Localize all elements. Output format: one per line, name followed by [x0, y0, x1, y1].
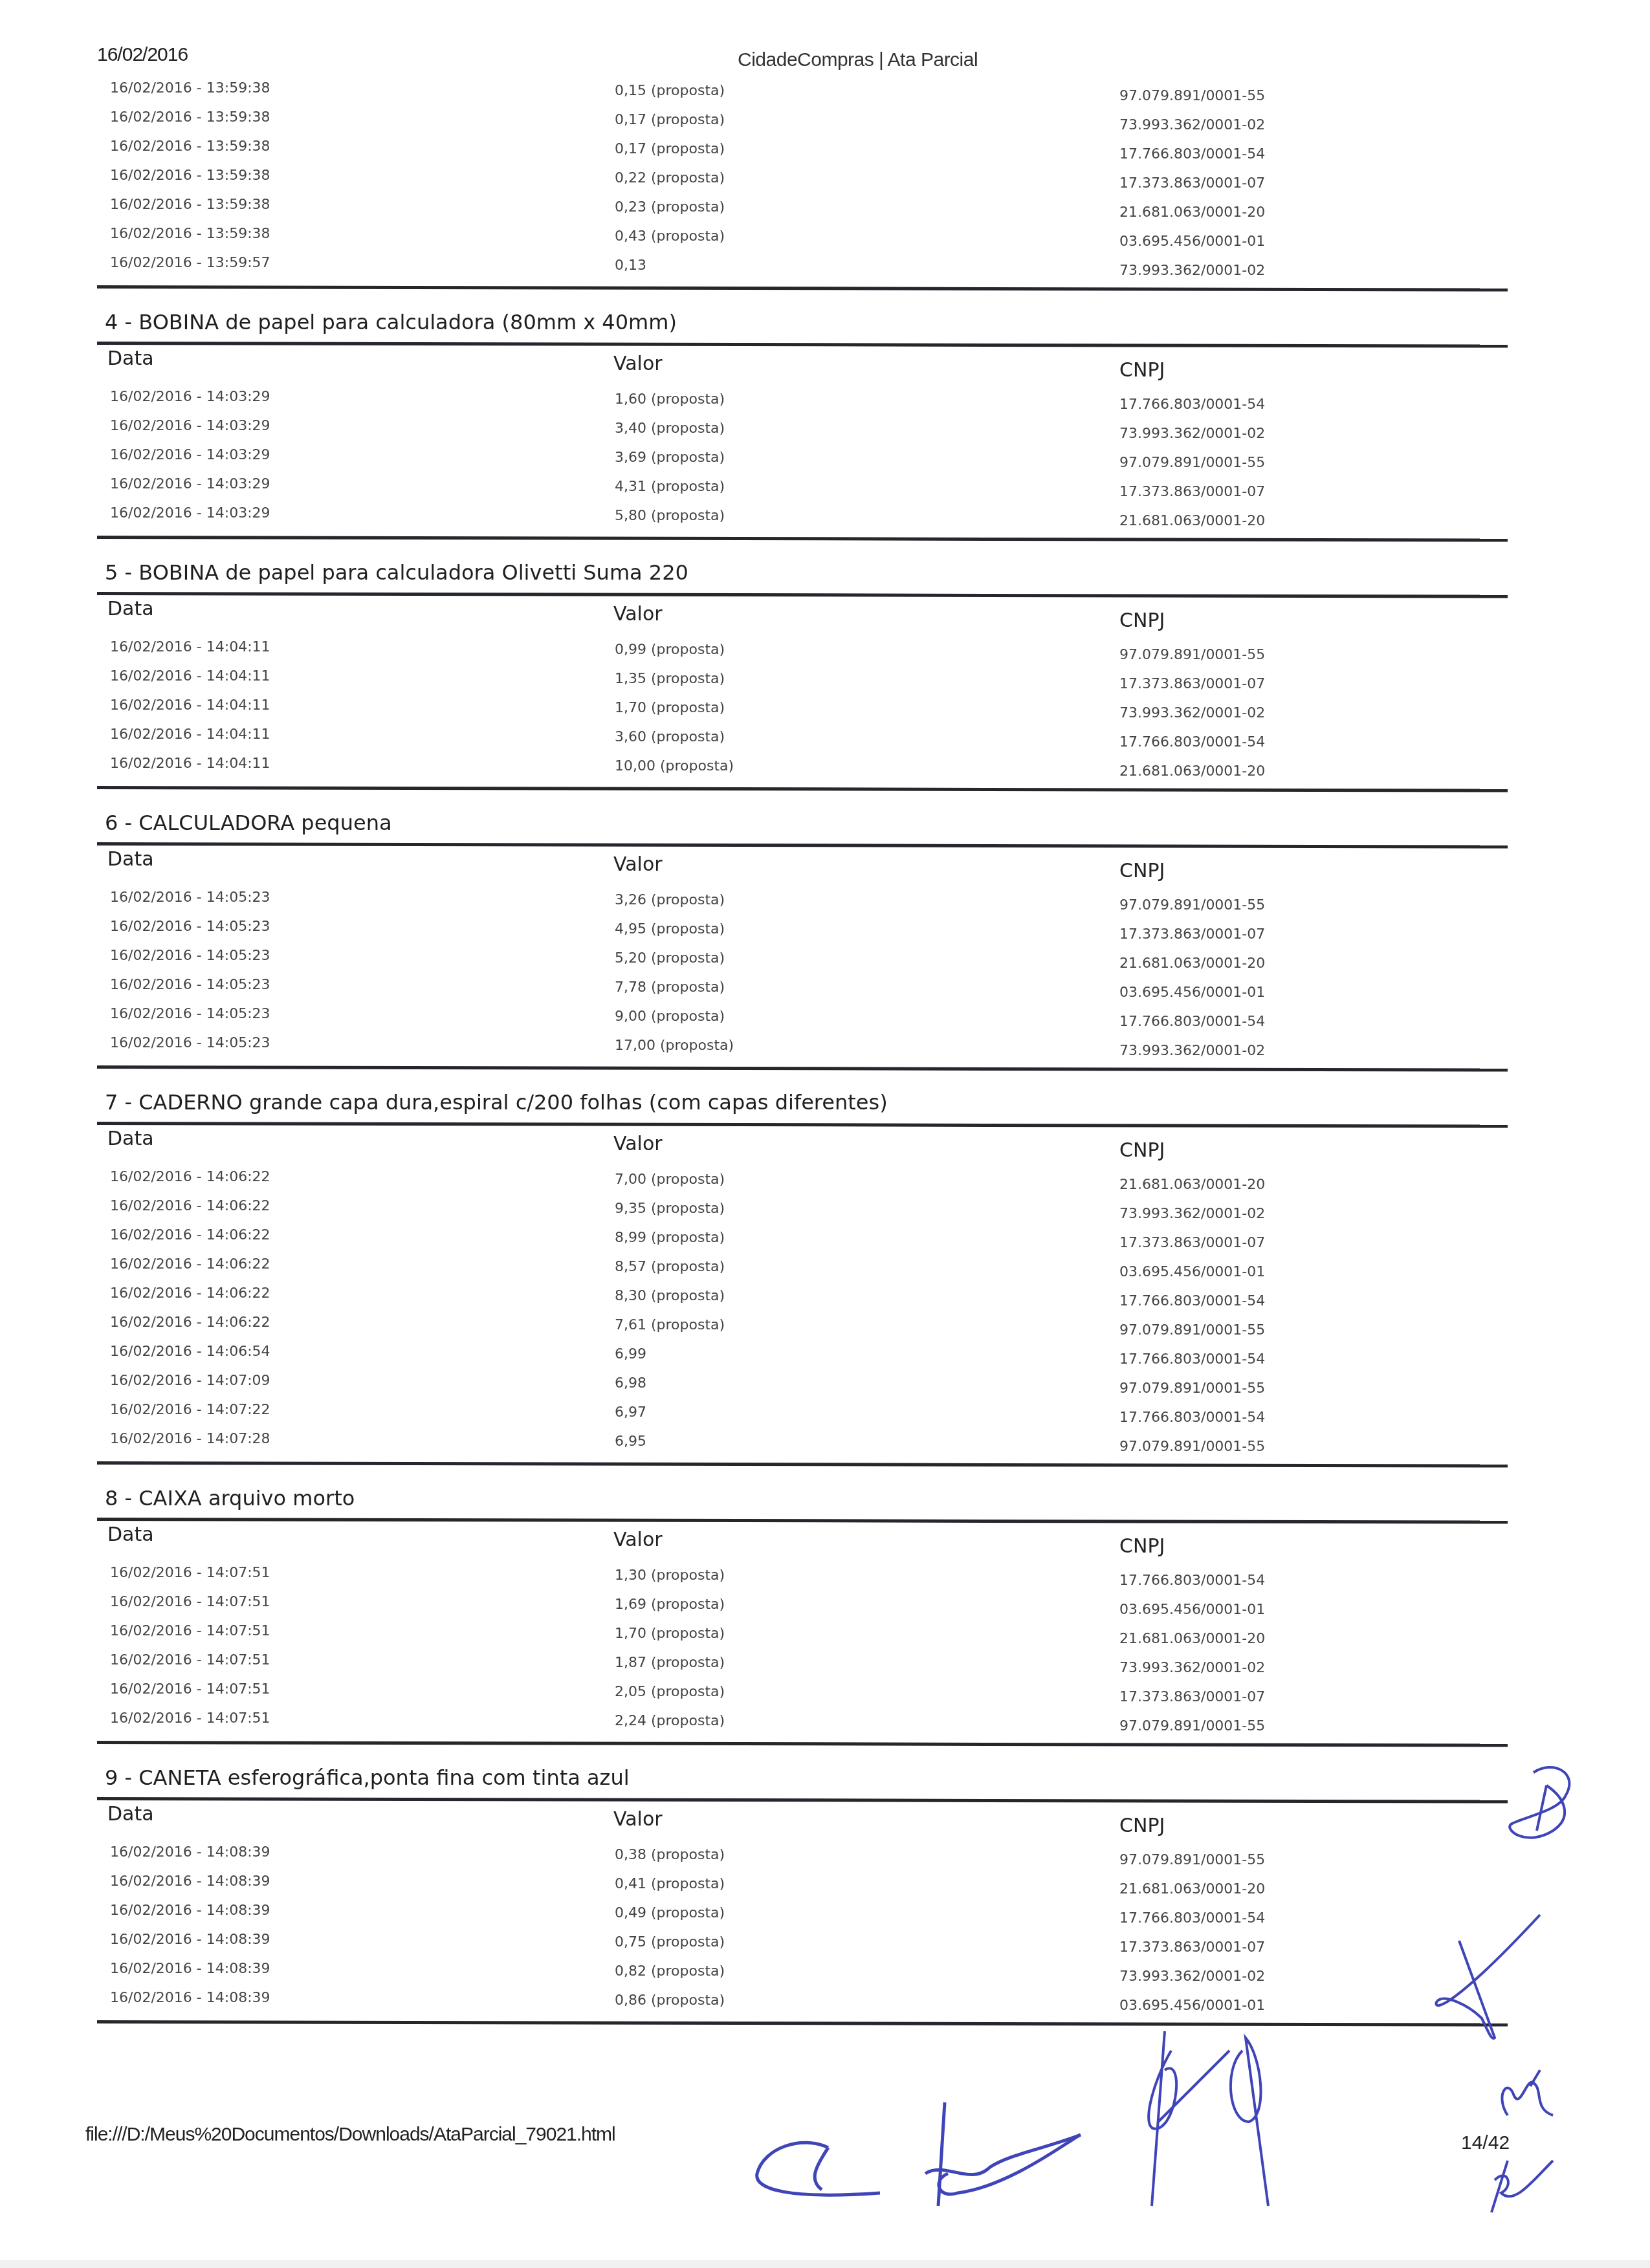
header-cnpj: CNPJ	[1119, 359, 1165, 382]
cell-value: 0,17 (proposta)	[615, 112, 725, 128]
cell-cnpj: 97.079.891/0001-55	[1119, 897, 1265, 913]
cell-value: 4,95 (proposta)	[615, 921, 725, 937]
cell-value: 1,70 (proposta)	[615, 700, 725, 716]
cell-value: 0,15 (proposta)	[615, 83, 725, 99]
table-row: 16/02/2016 - 14:08:390,41 (proposta)21.6…	[97, 1870, 1508, 1899]
cell-value: 3,60 (proposta)	[615, 729, 725, 745]
cell-cnpj: 17.766.803/0001-54	[1119, 1410, 1265, 1426]
cell-cnpj: 03.695.456/0001-01	[1119, 1998, 1265, 2014]
cell-date: 16/02/2016 - 14:03:29	[110, 389, 270, 405]
cell-value: 9,00 (proposta)	[615, 1009, 725, 1025]
cell-cnpj: 17.766.803/0001-54	[1119, 146, 1265, 162]
header-cnpj: CNPJ	[1119, 609, 1165, 632]
cell-value: 0,38 (proposta)	[615, 1847, 725, 1863]
header-cnpj: CNPJ	[1119, 1139, 1165, 1162]
table-row: 16/02/2016 - 14:07:096,9897.079.891/0001…	[97, 1369, 1508, 1398]
print-date: 16/02/2016	[97, 44, 188, 66]
table-row: 16/02/2016 - 14:06:228,30 (proposta)17.7…	[97, 1281, 1508, 1311]
cell-date: 16/02/2016 - 14:06:22	[110, 1314, 270, 1331]
table-row: 16/02/2016 - 14:05:237,78 (proposta)03.6…	[97, 973, 1508, 1002]
cell-cnpj: 97.079.891/0001-55	[1119, 455, 1265, 471]
cell-cnpj: 17.766.803/0001-54	[1119, 734, 1265, 750]
cell-cnpj: 03.695.456/0001-01	[1119, 1264, 1265, 1280]
table-bottom-rule	[97, 2020, 1508, 2027]
column-headers: DataValorCNPJ	[97, 1125, 1508, 1165]
item-title: 5 - BOBINA de papel para calculadora Oli…	[97, 558, 1508, 587]
cell-value: 0,22 (proposta)	[615, 170, 725, 186]
cell-date: 16/02/2016 - 13:59:57	[110, 255, 270, 271]
table-row: 16/02/2016 - 14:05:233,26 (proposta)97.0…	[97, 886, 1508, 915]
table-bottom-rule	[97, 1461, 1508, 1468]
table-row: 16/02/2016 - 14:07:512,05 (proposta)17.3…	[97, 1677, 1508, 1706]
cell-value: 0,75 (proposta)	[615, 1934, 725, 1950]
cell-cnpj: 17.373.863/0001-07	[1119, 1939, 1265, 1956]
header-valor: Valor	[613, 1529, 663, 1551]
cell-cnpj: 17.373.863/0001-07	[1119, 1689, 1265, 1705]
page-number: 14/42	[1461, 2132, 1510, 2154]
cell-cnpj: 73.993.362/0001-02	[1119, 1968, 1265, 1985]
table-row: 16/02/2016 - 14:04:1110,00 (proposta)21.…	[97, 752, 1508, 781]
cell-cnpj: 21.681.063/0001-20	[1119, 1881, 1265, 1897]
cell-date: 16/02/2016 - 14:08:39	[110, 1844, 270, 1860]
table-row: 16/02/2016 - 14:04:111,70 (proposta)73.9…	[97, 693, 1508, 723]
cell-date: 16/02/2016 - 14:08:39	[110, 1873, 270, 1890]
header-data: Data	[107, 848, 154, 871]
cell-date: 16/02/2016 - 14:05:23	[110, 919, 270, 935]
cell-cnpj: 17.766.803/0001-54	[1119, 397, 1265, 413]
cell-date: 16/02/2016 - 14:06:22	[110, 1227, 270, 1243]
cell-cnpj: 17.766.803/0001-54	[1119, 1910, 1265, 1926]
cell-value: 2,05 (proposta)	[615, 1684, 725, 1700]
cell-date: 16/02/2016 - 14:07:51	[110, 1710, 270, 1727]
cell-date: 16/02/2016 - 14:06:22	[110, 1169, 270, 1185]
cell-date: 16/02/2016 - 14:04:11	[110, 697, 270, 714]
cell-date: 16/02/2016 - 14:03:29	[110, 418, 270, 434]
cell-value: 7,61 (proposta)	[615, 1317, 725, 1333]
footer-file-path: file:///D:/Meus%20Documentos/Downloads/A…	[85, 2124, 615, 2146]
item-title: 4 - BOBINA de papel para calculadora (80…	[97, 308, 1508, 336]
column-headers: DataValorCNPJ	[97, 845, 1508, 886]
cell-date: 16/02/2016 - 14:06:22	[110, 1285, 270, 1302]
cell-cnpj: 97.079.891/0001-55	[1119, 647, 1265, 663]
header-valor: Valor	[613, 353, 663, 375]
column-headers: DataValorCNPJ	[97, 595, 1508, 635]
cell-cnpj: 17.373.863/0001-07	[1119, 926, 1265, 943]
table-row: 16/02/2016 - 13:59:380,43 (proposta)03.6…	[97, 222, 1508, 251]
cell-value: 0,17 (proposta)	[615, 141, 725, 157]
signature-mark-x-icon	[1430, 1915, 1546, 2047]
cell-cnpj: 17.766.803/0001-54	[1119, 1573, 1265, 1589]
cell-cnpj: 97.079.891/0001-55	[1119, 1380, 1265, 1397]
table-row: 16/02/2016 - 14:03:293,40 (proposta)73.9…	[97, 414, 1508, 443]
cell-value: 9,35 (proposta)	[615, 1201, 725, 1217]
cell-date: 16/02/2016 - 14:07:51	[110, 1623, 270, 1639]
scan-edge	[0, 2260, 1650, 2268]
item-section: 6 - CALCULADORA pequenaDataValorCNPJ16/0…	[97, 809, 1508, 1069]
item-section: 8 - CAIXA arquivo mortoDataValorCNPJ16/0…	[97, 1484, 1508, 1744]
header-valor: Valor	[613, 853, 663, 876]
signature-mark-b-icon	[1508, 1760, 1579, 1853]
cell-value: 4,31 (proposta)	[615, 479, 725, 495]
header-cnpj: CNPJ	[1119, 1535, 1165, 1558]
cell-cnpj: 97.079.891/0001-55	[1119, 88, 1265, 104]
item-title: 9 - CANETA esferográfica,ponta fina com …	[97, 1763, 1508, 1792]
header-cnpj: CNPJ	[1119, 1815, 1165, 1837]
table-bottom-rule	[97, 1065, 1508, 1072]
cell-value: 0,86 (proposta)	[615, 1992, 725, 2009]
header-data: Data	[107, 1523, 154, 1546]
cell-cnpj: 73.993.362/0001-02	[1119, 426, 1265, 442]
cell-date: 16/02/2016 - 14:03:29	[110, 476, 270, 492]
table-row: 16/02/2016 - 13:59:380,15 (proposta)97.0…	[97, 76, 1508, 105]
table-row: 16/02/2016 - 14:06:228,99 (proposta)17.3…	[97, 1223, 1508, 1252]
table-row: 16/02/2016 - 14:03:295,80 (proposta)21.6…	[97, 501, 1508, 530]
table-row: 16/02/2016 - 14:07:226,9717.766.803/0001…	[97, 1398, 1508, 1427]
cell-value: 5,20 (proposta)	[615, 950, 725, 966]
table-row: 16/02/2016 - 14:05:234,95 (proposta)17.3…	[97, 915, 1508, 944]
cell-cnpj: 03.695.456/0001-01	[1119, 1602, 1265, 1618]
cell-value: 1,60 (proposta)	[615, 391, 725, 408]
table-bottom-rule	[97, 536, 1508, 542]
table-row: 16/02/2016 - 13:59:380,17 (proposta)17.7…	[97, 135, 1508, 164]
cell-value: 1,87 (proposta)	[615, 1655, 725, 1671]
table-row: 16/02/2016 - 14:07:511,69 (proposta)03.6…	[97, 1590, 1508, 1619]
cell-value: 3,40 (proposta)	[615, 420, 725, 437]
item-title: 6 - CALCULADORA pequena	[97, 809, 1508, 837]
cell-cnpj: 17.373.863/0001-07	[1119, 676, 1265, 692]
cell-date: 16/02/2016 - 14:08:39	[110, 1903, 270, 1919]
cell-value: 0,49 (proposta)	[615, 1905, 725, 1921]
cell-cnpj: 03.695.456/0001-01	[1119, 234, 1265, 250]
header-valor: Valor	[613, 1808, 663, 1831]
column-headers: DataValorCNPJ	[97, 1521, 1508, 1561]
cell-value: 2,24 (proposta)	[615, 1713, 725, 1729]
cell-cnpj: 97.079.891/0001-55	[1119, 1718, 1265, 1734]
cell-date: 16/02/2016 - 14:06:22	[110, 1256, 270, 1272]
cell-date: 16/02/2016 - 14:04:11	[110, 668, 270, 684]
cell-cnpj: 17.766.803/0001-54	[1119, 1351, 1265, 1368]
cell-date: 16/02/2016 - 14:03:29	[110, 505, 270, 521]
table-row: 16/02/2016 - 14:06:229,35 (proposta)73.9…	[97, 1194, 1508, 1223]
initials-m-icon	[1495, 2070, 1572, 2124]
table-row: 16/02/2016 - 14:07:286,9597.079.891/0001…	[97, 1427, 1508, 1456]
cell-cnpj: 21.681.063/0001-20	[1119, 1631, 1265, 1647]
cell-date: 16/02/2016 - 13:59:38	[110, 109, 270, 125]
cell-date: 16/02/2016 - 14:07:51	[110, 1594, 270, 1610]
table-row: 16/02/2016 - 14:06:546,9917.766.803/0001…	[97, 1340, 1508, 1369]
cell-cnpj: 97.079.891/0001-55	[1119, 1439, 1265, 1455]
cell-cnpj: 73.993.362/0001-02	[1119, 705, 1265, 721]
cell-value: 6,99	[615, 1346, 646, 1362]
table-row: 16/02/2016 - 14:08:390,86 (proposta)03.6…	[97, 1986, 1508, 2015]
document-title: CidadeCompras | Ata Parcial	[738, 49, 978, 71]
cell-date: 16/02/2016 - 14:05:23	[110, 1035, 270, 1051]
cell-cnpj: 17.373.863/0001-07	[1119, 175, 1265, 191]
bid-tables: 16/02/2016 - 13:59:380,15 (proposta)97.0…	[97, 76, 1508, 2023]
cell-cnpj: 21.681.063/0001-20	[1119, 204, 1265, 221]
header-data: Data	[107, 1128, 154, 1150]
table-bottom-rule	[97, 786, 1508, 792]
cell-cnpj: 73.993.362/0001-02	[1119, 117, 1265, 133]
table-row: 16/02/2016 - 14:08:390,38 (proposta)97.0…	[97, 1840, 1508, 1870]
cell-date: 16/02/2016 - 14:06:22	[110, 1198, 270, 1214]
cell-value: 0,23 (proposta)	[615, 199, 725, 215]
table-row: 16/02/2016 - 14:03:294,31 (proposta)17.3…	[97, 472, 1508, 501]
column-headers: DataValorCNPJ	[97, 1800, 1508, 1840]
cell-cnpj: 17.373.863/0001-07	[1119, 484, 1265, 500]
table-row: 16/02/2016 - 14:08:390,49 (proposta)17.7…	[97, 1899, 1508, 1928]
table-row: 16/02/2016 - 14:08:390,75 (proposta)17.3…	[97, 1928, 1508, 1957]
cell-value: 0,41 (proposta)	[615, 1876, 725, 1892]
cell-date: 16/02/2016 - 14:04:11	[110, 756, 270, 772]
cell-date: 16/02/2016 - 13:59:38	[110, 168, 270, 184]
table-row: 16/02/2016 - 14:07:511,87 (proposta)73.9…	[97, 1648, 1508, 1677]
signature-scribble-icon	[919, 2096, 1081, 2215]
header-valor: Valor	[613, 603, 663, 626]
cell-date: 16/02/2016 - 13:59:38	[110, 226, 270, 242]
item-title: 8 - CAIXA arquivo morto	[97, 1484, 1508, 1512]
cell-date: 16/02/2016 - 14:03:29	[110, 447, 270, 463]
cell-value: 10,00 (proposta)	[615, 758, 734, 774]
cell-date: 16/02/2016 - 13:59:38	[110, 80, 270, 96]
cell-date: 16/02/2016 - 14:07:28	[110, 1431, 270, 1447]
cell-cnpj: 73.993.362/0001-02	[1119, 1043, 1265, 1059]
table-row: 16/02/2016 - 14:06:227,00 (proposta)21.6…	[97, 1165, 1508, 1194]
cell-date: 16/02/2016 - 14:07:09	[110, 1373, 270, 1389]
table-row: 16/02/2016 - 14:04:110,99 (proposta)97.0…	[97, 635, 1508, 664]
cell-value: 8,99 (proposta)	[615, 1230, 725, 1246]
cell-value: 0,13	[615, 257, 646, 274]
cell-cnpj: 03.695.456/0001-01	[1119, 985, 1265, 1001]
initials-jc-icon	[1488, 2154, 1553, 2215]
cell-value: 8,57 (proposta)	[615, 1259, 725, 1275]
cell-value: 3,69 (proposta)	[615, 450, 725, 466]
cell-value: 17,00 (proposta)	[615, 1038, 734, 1054]
cell-date: 16/02/2016 - 14:05:23	[110, 889, 270, 906]
cell-cnpj: 17.766.803/0001-54	[1119, 1293, 1265, 1309]
table-row: 16/02/2016 - 14:07:511,70 (proposta)21.6…	[97, 1619, 1508, 1648]
cell-value: 5,80 (proposta)	[615, 508, 725, 524]
cell-cnpj: 21.681.063/0001-20	[1119, 513, 1265, 529]
cell-value: 6,98	[615, 1375, 646, 1391]
table-row: 16/02/2016 - 14:05:239,00 (proposta)17.7…	[97, 1002, 1508, 1031]
cell-date: 16/02/2016 - 14:05:23	[110, 1006, 270, 1022]
item-section: 7 - CADERNO grande capa dura,espiral c/2…	[97, 1088, 1508, 1465]
table-row: 16/02/2016 - 13:59:380,17 (proposta)73.9…	[97, 105, 1508, 135]
cell-date: 16/02/2016 - 13:59:38	[110, 197, 270, 213]
table-bottom-rule	[97, 1741, 1508, 1747]
cell-value: 0,82 (proposta)	[615, 1963, 725, 1979]
signature-loop-icon	[1113, 2031, 1294, 2215]
cell-date: 16/02/2016 - 14:08:39	[110, 1961, 270, 1977]
cell-value: 7,78 (proposta)	[615, 979, 725, 996]
continued-table: 16/02/2016 - 13:59:380,15 (proposta)97.0…	[97, 76, 1508, 280]
cell-cnpj: 21.681.063/0001-20	[1119, 763, 1265, 780]
item-section: 5 - BOBINA de papel para calculadora Oli…	[97, 558, 1508, 789]
cell-value: 0,99 (proposta)	[615, 642, 725, 658]
cell-cnpj: 73.993.362/0001-02	[1119, 1206, 1265, 1222]
table-row: 16/02/2016 - 14:08:390,82 (proposta)73.9…	[97, 1957, 1508, 1986]
cell-date: 16/02/2016 - 14:08:39	[110, 1990, 270, 2006]
cell-cnpj: 73.993.362/0001-02	[1119, 263, 1265, 279]
table-row: 16/02/2016 - 13:59:380,22 (proposta)17.3…	[97, 164, 1508, 193]
cell-date: 16/02/2016 - 14:05:23	[110, 948, 270, 964]
cell-cnpj: 17.373.863/0001-07	[1119, 1235, 1265, 1251]
header-data: Data	[107, 1803, 154, 1826]
table-row: 16/02/2016 - 14:06:228,57 (proposta)03.6…	[97, 1252, 1508, 1281]
cell-value: 1,70 (proposta)	[615, 1626, 725, 1642]
cell-date: 16/02/2016 - 14:07:22	[110, 1402, 270, 1418]
item-section: 4 - BOBINA de papel para calculadora (80…	[97, 308, 1508, 539]
table-row: 16/02/2016 - 14:07:511,30 (proposta)17.7…	[97, 1561, 1508, 1590]
table-row: 16/02/2016 - 14:03:291,60 (proposta)17.7…	[97, 385, 1508, 414]
cell-value: 3,26 (proposta)	[615, 892, 725, 908]
cell-date: 16/02/2016 - 14:07:51	[110, 1681, 270, 1697]
table-row: 16/02/2016 - 14:04:113,60 (proposta)17.7…	[97, 723, 1508, 752]
cell-date: 16/02/2016 - 14:06:54	[110, 1344, 270, 1360]
cell-date: 16/02/2016 - 14:07:51	[110, 1652, 270, 1668]
cell-value: 1,30 (proposta)	[615, 1567, 725, 1584]
header-data: Data	[107, 598, 154, 620]
table-row: 16/02/2016 - 14:03:293,69 (proposta)97.0…	[97, 443, 1508, 472]
cell-value: 0,43 (proposta)	[615, 228, 725, 245]
cell-value: 7,00 (proposta)	[615, 1172, 725, 1188]
cell-value: 1,35 (proposta)	[615, 671, 725, 687]
table-row: 16/02/2016 - 14:05:235,20 (proposta)21.6…	[97, 944, 1508, 973]
table-row: 16/02/2016 - 14:07:512,24 (proposta)97.0…	[97, 1706, 1508, 1736]
table-row: 16/02/2016 - 14:05:2317,00 (proposta)73.…	[97, 1031, 1508, 1060]
column-headers: DataValorCNPJ	[97, 345, 1508, 385]
header-valor: Valor	[613, 1133, 663, 1155]
cell-date: 16/02/2016 - 14:07:51	[110, 1565, 270, 1581]
item-title: 7 - CADERNO grande capa dura,espiral c/2…	[97, 1088, 1508, 1117]
cell-date: 16/02/2016 - 13:59:38	[110, 138, 270, 155]
table-bottom-rule	[97, 285, 1508, 292]
cell-cnpj: 17.766.803/0001-54	[1119, 1014, 1265, 1030]
cell-date: 16/02/2016 - 14:08:39	[110, 1932, 270, 1948]
table-row: 16/02/2016 - 14:04:111,35 (proposta)17.3…	[97, 664, 1508, 693]
cell-cnpj: 21.681.063/0001-20	[1119, 955, 1265, 972]
table-row: 16/02/2016 - 14:06:227,61 (proposta)97.0…	[97, 1311, 1508, 1340]
cell-date: 16/02/2016 - 14:04:11	[110, 639, 270, 655]
cell-cnpj: 97.079.891/0001-55	[1119, 1322, 1265, 1338]
cell-cnpj: 73.993.362/0001-02	[1119, 1660, 1265, 1676]
cell-cnpj: 97.079.891/0001-55	[1119, 1852, 1265, 1868]
table-row: 16/02/2016 - 13:59:570,1373.993.362/0001…	[97, 251, 1508, 280]
cell-value: 6,97	[615, 1404, 646, 1421]
cell-value: 6,95	[615, 1434, 646, 1450]
cell-value: 8,30 (proposta)	[615, 1288, 725, 1304]
document-page: 16/02/2016 CidadeCompras | Ata Parcial 1…	[0, 0, 1650, 2268]
header-data: Data	[107, 347, 154, 370]
cell-value: 1,69 (proposta)	[615, 1597, 725, 1613]
header-cnpj: CNPJ	[1119, 860, 1165, 882]
cell-date: 16/02/2016 - 14:04:11	[110, 726, 270, 743]
signature-c-icon	[751, 2128, 880, 2208]
item-section: 9 - CANETA esferográfica,ponta fina com …	[97, 1763, 1508, 2023]
cell-cnpj: 21.681.063/0001-20	[1119, 1177, 1265, 1193]
cell-date: 16/02/2016 - 14:05:23	[110, 977, 270, 993]
table-row: 16/02/2016 - 13:59:380,23 (proposta)21.6…	[97, 193, 1508, 222]
